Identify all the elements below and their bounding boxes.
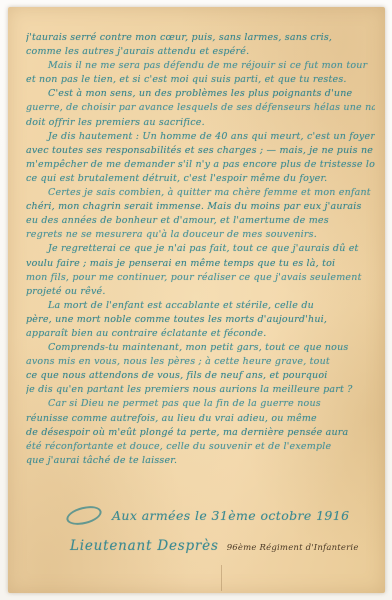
- letter-paper: j'taurais serré contre mon cœur, puis, s…: [8, 7, 385, 593]
- letter-line: voulu faire ; mais je penserai en même t…: [26, 257, 375, 271]
- signature-row: Lieutenant Desprès 96ème Régiment d'Infa…: [8, 538, 385, 554]
- letter-line: apparaît bien au contraire éclatante et …: [26, 327, 375, 341]
- letter-line: Car si Dieu ne permet pas que la fin de …: [26, 397, 375, 411]
- letter-line: regrets ne se mesurera qu'à la douceur d…: [26, 228, 375, 242]
- ink-oval-doodle: [64, 503, 103, 528]
- letter-line: ce que nous attendons de vous, fils de n…: [26, 369, 375, 383]
- scanned-letter: j'taurais serré contre mon cœur, puis, s…: [0, 0, 392, 600]
- paper-crease: [221, 565, 222, 591]
- regiment-note: 96ème Régiment d'Infanterie: [227, 543, 359, 553]
- letter-line: je dis qu'en partant les premiers nous a…: [26, 383, 375, 397]
- letter-line: m'empêcher de me demander s'il n'y a pas…: [26, 158, 375, 172]
- dateline: Aux armées le 31ème octobre 1916: [112, 508, 350, 523]
- letter-line: j'taurais serré contre mon cœur, puis, s…: [26, 31, 375, 45]
- letter-line: La mort de l'enfant est accablante et st…: [26, 299, 375, 313]
- letter-line: guerre, de choisir par avance lesquels d…: [26, 101, 375, 115]
- letter-line: Mais il ne me sera pas défendu de me réj…: [26, 59, 375, 73]
- letter-line: chéri, mon chagrin serait immense. Mais …: [26, 200, 375, 214]
- letter-line: Certes je sais combien, à quitter ma chè…: [26, 186, 375, 200]
- letter-line: C'est à mon sens, un des problèmes les p…: [26, 87, 375, 101]
- letter-body: j'taurais serré contre mon cœur, puis, s…: [26, 31, 375, 468]
- letter-line: mon fils, pour me continuer, pour réalis…: [26, 271, 375, 285]
- letter-line: que j'aurai tâché de te laisser.: [26, 454, 375, 468]
- letter-line: réunisse comme autrefois, au lieu du vra…: [26, 412, 375, 426]
- letter-line: doit offrir les premiers au sacrifice.: [26, 116, 375, 130]
- signature: Lieutenant Desprès: [70, 538, 219, 554]
- dateline-row: Aux armées le 31ème octobre 1916: [8, 507, 385, 524]
- letter-line: Je dis hautement : Un homme de 40 ans qu…: [26, 130, 375, 144]
- letter-line: avons mis en vous, nous les pères ; à ce…: [26, 355, 375, 369]
- letter-line: Je regretterai ce que je n'ai pas fait, …: [26, 242, 375, 256]
- letter-line: père, une mort noble comme toutes les mo…: [26, 313, 375, 327]
- letter-line: ce qui est brutalement détruit, c'est l'…: [26, 172, 375, 186]
- letter-line: eu des années de bonheur et d'amour, et …: [26, 214, 375, 228]
- letter-line: été réconfortante et douce, celle du sou…: [26, 440, 375, 454]
- letter-line: comme les autres j'aurais attendu et esp…: [26, 45, 375, 59]
- letter-line: projeté ou rêvé.: [26, 285, 375, 299]
- letter-line: avec toutes ses responsabilités et ses c…: [26, 144, 375, 158]
- letter-line: et non pas le tien, et si c'est moi qui …: [26, 73, 375, 87]
- letter-line: de désespoir où m'eût plongé ta perte, m…: [26, 426, 375, 440]
- letter-line: Comprends-tu maintenant, mon petit gars,…: [26, 341, 375, 355]
